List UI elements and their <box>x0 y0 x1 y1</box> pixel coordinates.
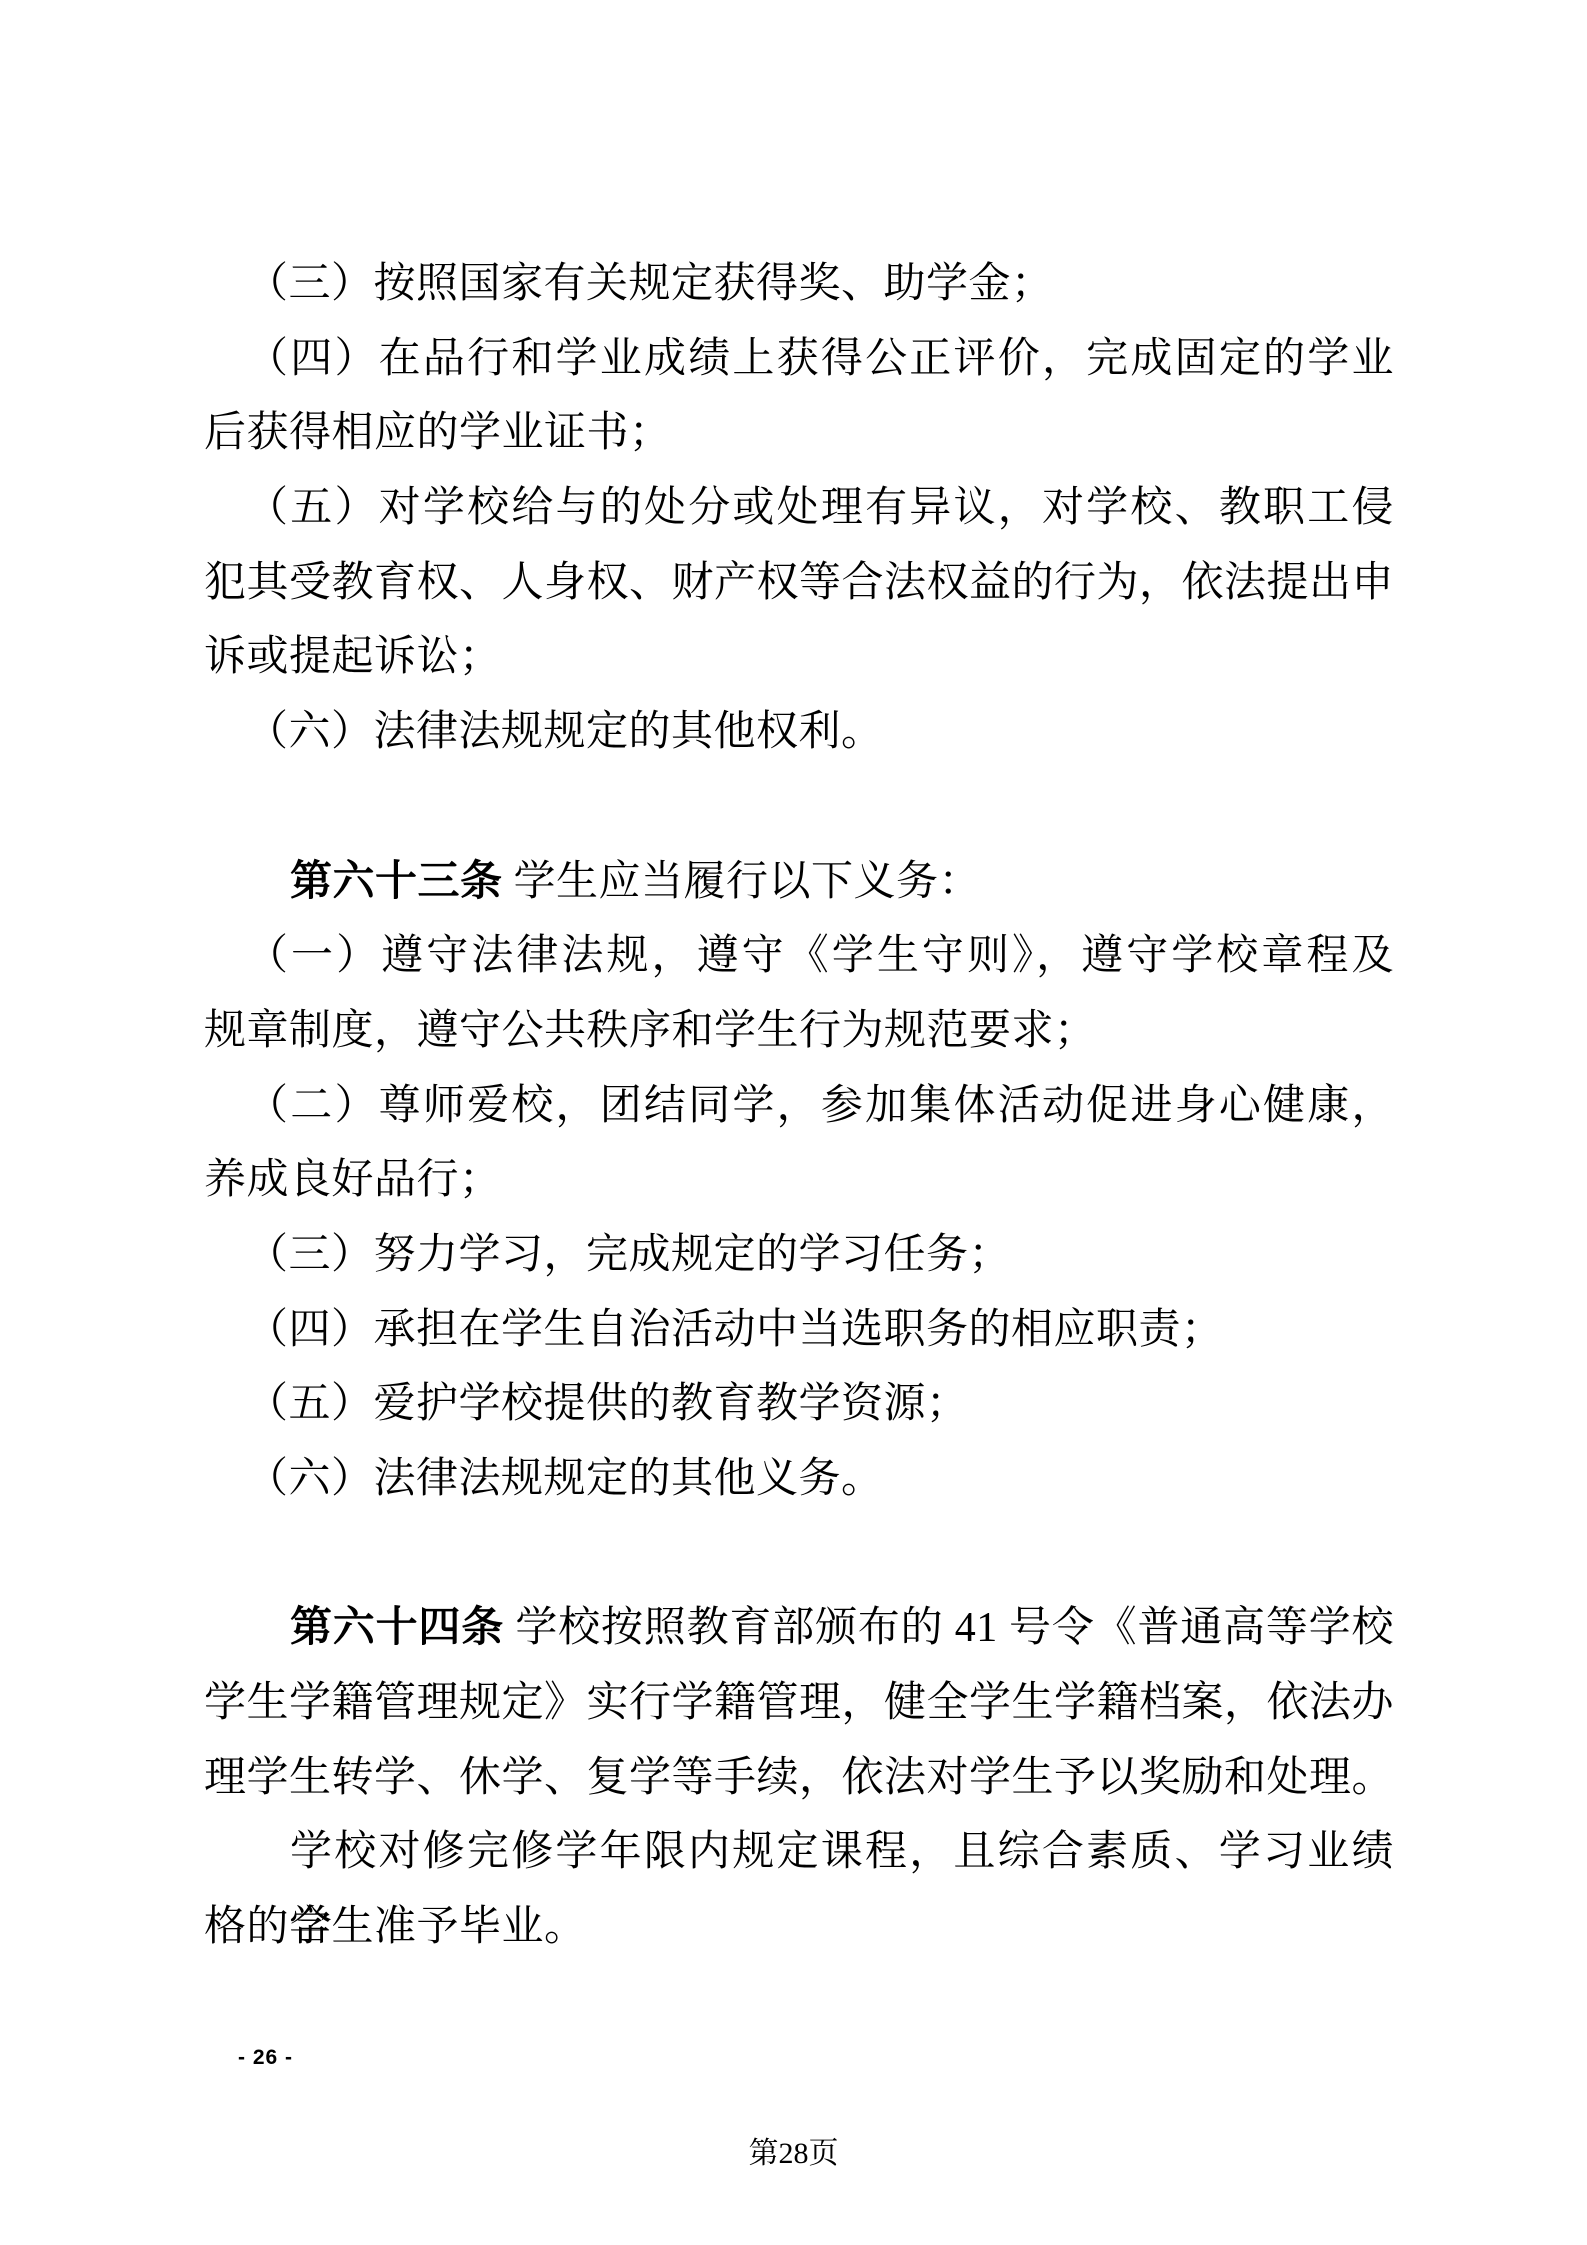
text-line: 第六十三条 学生应当履行以下义务： <box>204 845 1394 920</box>
text-line: （二）尊师爱校，团结同学，参加集体活动促进身心健康， <box>204 1069 1394 1144</box>
text-line: 规章制度，遵守公共秩序和学生行为规范要求； <box>204 994 1394 1069</box>
article-text: 学生应当履行以下义务： <box>503 859 982 905</box>
text-line: 养成良好品行； <box>204 1143 1394 1218</box>
text-line: （六）法律法规规定的其他义务。 <box>204 1442 1394 1517</box>
document-body: （三）按照国家有关规定获得奖、助学金；（四）在品行和学业成绩上获得公正评价，完成… <box>204 247 1394 1965</box>
text-line: （五）爱护学校提供的教育教学资源； <box>204 1367 1394 1442</box>
footer-page-label: 第28页 <box>0 2128 1587 2172</box>
text-line: 后获得相应的学业证书； <box>204 396 1394 471</box>
text-line: 诉或提起诉讼； <box>204 620 1394 695</box>
text-line: 学生学籍管理规定》实行学籍管理，健全学生学籍档案，依法办 <box>204 1666 1394 1741</box>
blank-line <box>204 770 1394 845</box>
text-line: （三）努力学习，完成规定的学习任务； <box>204 1218 1394 1293</box>
article-text: 学校按照教育部颁布的 41 号令《普通高等学校 <box>504 1605 1394 1651</box>
article-number: 第六十三条 <box>290 859 503 905</box>
text-line: （四）在品行和学业成绩上获得公正评价，完成固定的学业 <box>204 322 1394 397</box>
text-line: （六）法律法规规定的其他权利。 <box>204 695 1394 770</box>
text-line: 第六十四条 学校按照教育部颁布的 41 号令《普通高等学校 <box>204 1591 1394 1666</box>
text-line: （三）按照国家有关规定获得奖、助学金； <box>204 247 1394 322</box>
document-page-number: - 26 - <box>238 2046 293 2070</box>
blank-line <box>204 1517 1394 1592</box>
document-page: （三）按照国家有关规定获得奖、助学金；（四）在品行和学业成绩上获得公正评价，完成… <box>0 0 1587 2245</box>
text-line: （一）遵守法律法规，遵守《学生守则》，遵守学校章程及 <box>204 919 1394 994</box>
text-line: 理学生转学、休学、复学等手续，依法对学生予以奖励和处理。 <box>204 1741 1394 1816</box>
text-line: （五）对学校给与的处分或处理有异议，对学校、教职工侵 <box>204 471 1394 546</box>
text-line: 犯其受教育权、人身权、财产权等合法权益的行为，依法提出申 <box>204 546 1394 621</box>
text-line: 格的学生准予毕业。 <box>204 1890 1394 1965</box>
text-line: （四）承担在学生自治活动中当选职务的相应职责； <box>204 1293 1394 1368</box>
article-number: 第六十四条 <box>290 1605 504 1651</box>
text-line: 学校对修完修学年限内规定课程，且综合素质、学习业绩合 <box>204 1815 1394 1890</box>
